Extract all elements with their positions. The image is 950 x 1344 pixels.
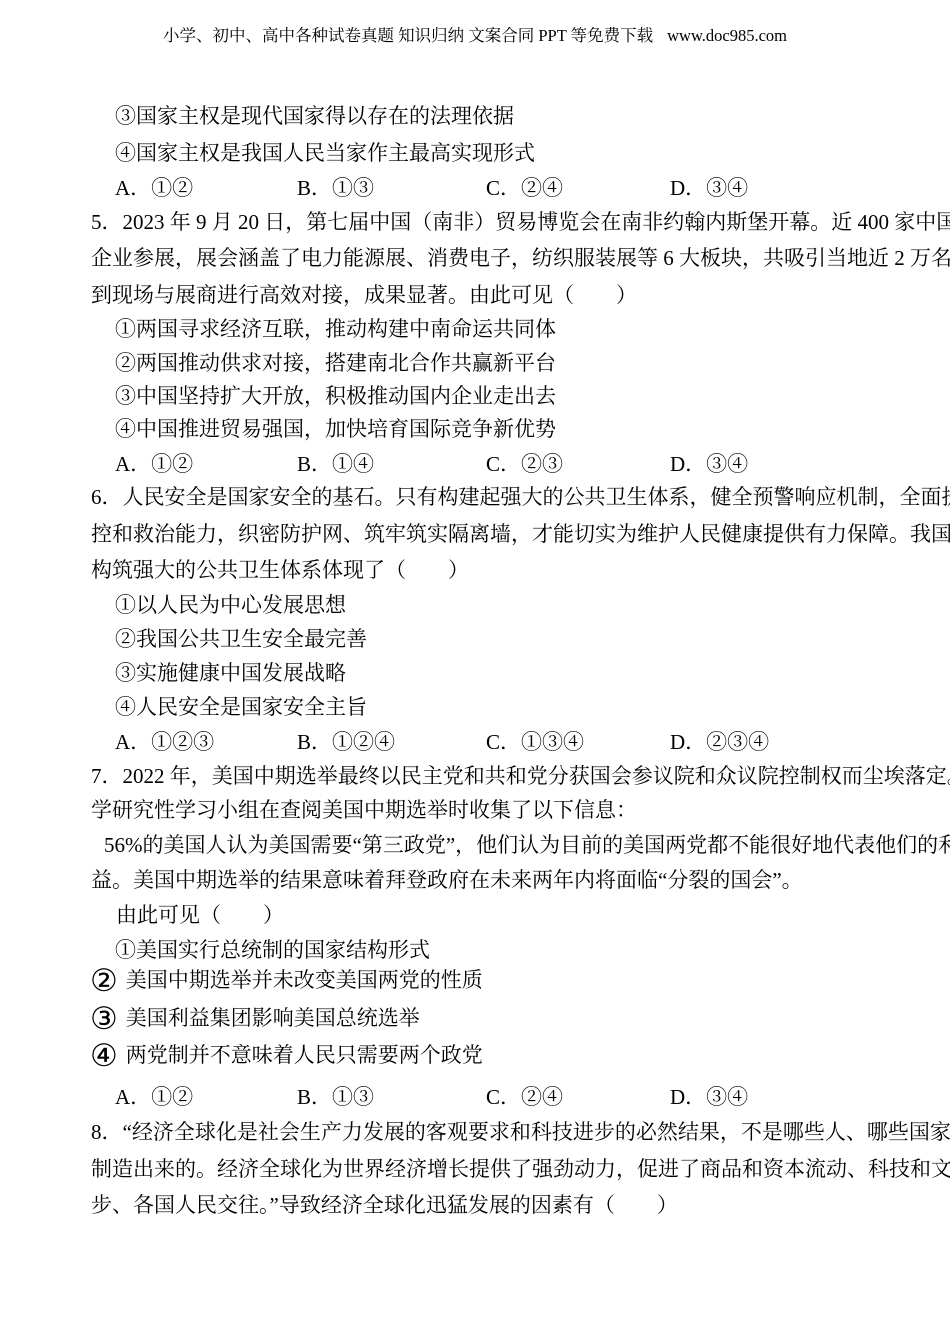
q7-item-4: ④ 两党制并不意味着人民只需要两个政党 bbox=[90, 1038, 483, 1072]
q5-item-1: ①两国寻求经济互联，推动构建中南命运共同体 bbox=[115, 317, 556, 342]
q5-option-d: D．③④ bbox=[670, 452, 748, 477]
q6-item-1: ①以人民为中心发展思想 bbox=[115, 593, 346, 618]
q7-option-d: D．③④ bbox=[670, 1085, 748, 1110]
q4-option-c: C．②④ bbox=[486, 176, 563, 201]
q6-item-3: ③实施健康中国发展战略 bbox=[115, 661, 346, 686]
q4-item-4: ④国家主权是我国人民当家作主最高实现形式 bbox=[115, 141, 535, 166]
watermark-text: 小学、初中、高中各种试卷真题 知识归纳 文案合同 PPT 等免费下载 bbox=[163, 26, 653, 45]
q5-line-2: 企业参展，展会涵盖了电力能源展、消费电子，纺织服装展等 6 大板块，共吸引当地近… bbox=[91, 246, 950, 271]
q6-line-2: 控和救治能力，织密防护网、筑牢筑实隔离墙，才能切实为维护人民健康提供有力保障。我… bbox=[91, 522, 950, 547]
q6-option-b: B．①②④ bbox=[297, 730, 395, 755]
watermark-header: 小学、初中、高中各种试卷真题 知识归纳 文案合同 PPT 等免费下载www.do… bbox=[0, 26, 950, 46]
q5-option-c: C．②③ bbox=[486, 452, 563, 477]
q4-option-a: A．①② bbox=[115, 176, 193, 201]
q5-line-1: 5．2023 年 9 月 20 日，第七届中国（南非）贸易博览会在南非约翰内斯堡… bbox=[91, 210, 950, 235]
q7-item-4-text: 两党制并不意味着人民只需要两个政党 bbox=[126, 1043, 483, 1068]
circled-4-icon: ④ bbox=[90, 1040, 118, 1071]
q6-option-c: C．①③④ bbox=[486, 730, 584, 755]
q5-option-b: B．①④ bbox=[297, 452, 374, 477]
q5-option-a: A．①② bbox=[115, 452, 193, 477]
q7-option-c: C．②④ bbox=[486, 1085, 563, 1110]
q7-option-b: B．①③ bbox=[297, 1085, 374, 1110]
q7-option-a: A．①② bbox=[115, 1085, 193, 1110]
exam-page: 小学、初中、高中各种试卷真题 知识归纳 文案合同 PPT 等免费下载www.do… bbox=[0, 0, 950, 1344]
q7-item-3-text: 美国利益集团影响美国总统选举 bbox=[126, 1006, 420, 1031]
q7-line-2: 学研究性学习小组在查阅美国中期选举时收集了以下信息： bbox=[91, 798, 637, 823]
q4-option-b: B．①③ bbox=[297, 176, 374, 201]
q8-line-1: 8．“经济全球化是社会生产力发展的客观要求和科技进步的必然结果，不是哪些人、哪些… bbox=[91, 1120, 950, 1145]
q7-line-1: 7．2022 年，美国中期选举最终以民主党和共和党分获国会参议院和众议院控制权而… bbox=[91, 764, 950, 789]
q7-info-line-1: 56%的美国人认为美国需要“第三政党”，他们认为目前的美国两党都不能很好地代表他… bbox=[104, 833, 950, 858]
watermark-site-url: www.doc985.com bbox=[667, 26, 787, 45]
q6-option-d: D．②③④ bbox=[670, 730, 769, 755]
circled-2-icon: ② bbox=[90, 965, 118, 996]
q6-option-a: A．①②③ bbox=[115, 730, 214, 755]
q8-line-3: 步、各国人民交往。”导致经济全球化迅猛发展的因素有（ ） bbox=[91, 1193, 678, 1218]
q5-item-2: ②两国推动供求对接，搭建南北合作共赢新平台 bbox=[115, 351, 556, 376]
q8-line-2: 制造出来的。经济全球化为世界经济增长提供了强劲动力，促进了商品和资本流动、科技和… bbox=[91, 1157, 950, 1182]
q6-line-3: 构筑强大的公共卫生体系体现了（ ） bbox=[91, 558, 469, 583]
q5-item-4: ④中国推进贸易强国，加快培育国际竞争新优势 bbox=[115, 417, 556, 442]
q7-prompt: 由此可见（ ） bbox=[116, 903, 284, 928]
q7-item-2-text: 美国中期选举并未改变美国两党的性质 bbox=[126, 968, 483, 993]
q6-item-2: ②我国公共卫生安全最完善 bbox=[115, 627, 367, 652]
q4-item-3: ③国家主权是现代国家得以存在的法理依据 bbox=[115, 104, 514, 129]
q6-item-4: ④人民安全是国家安全主旨 bbox=[115, 695, 367, 720]
q6-line-1: 6．人民安全是国家安全的基石。只有构建起强大的公共卫生体系，健全预警响应机制，全… bbox=[91, 485, 950, 510]
circled-3-icon: ③ bbox=[90, 1003, 118, 1034]
q7-item-1: ①美国实行总统制的国家结构形式 bbox=[115, 938, 430, 963]
q7-item-2: ② 美国中期选举并未改变美国两党的性质 bbox=[90, 963, 483, 997]
q5-line-3: 到现场与展商进行高效对接，成果显著。由此可见（ ） bbox=[91, 283, 637, 308]
q4-option-d: D．③④ bbox=[670, 176, 748, 201]
q7-info-line-2: 益。美国中期选举的结果意味着拜登政府在未来两年内将面临“分裂的国会”。 bbox=[91, 868, 803, 893]
q7-item-3: ③ 美国利益集团影响美国总统选举 bbox=[90, 1001, 420, 1035]
q5-item-3: ③中国坚持扩大开放，积极推动国内企业走出去 bbox=[115, 384, 556, 409]
